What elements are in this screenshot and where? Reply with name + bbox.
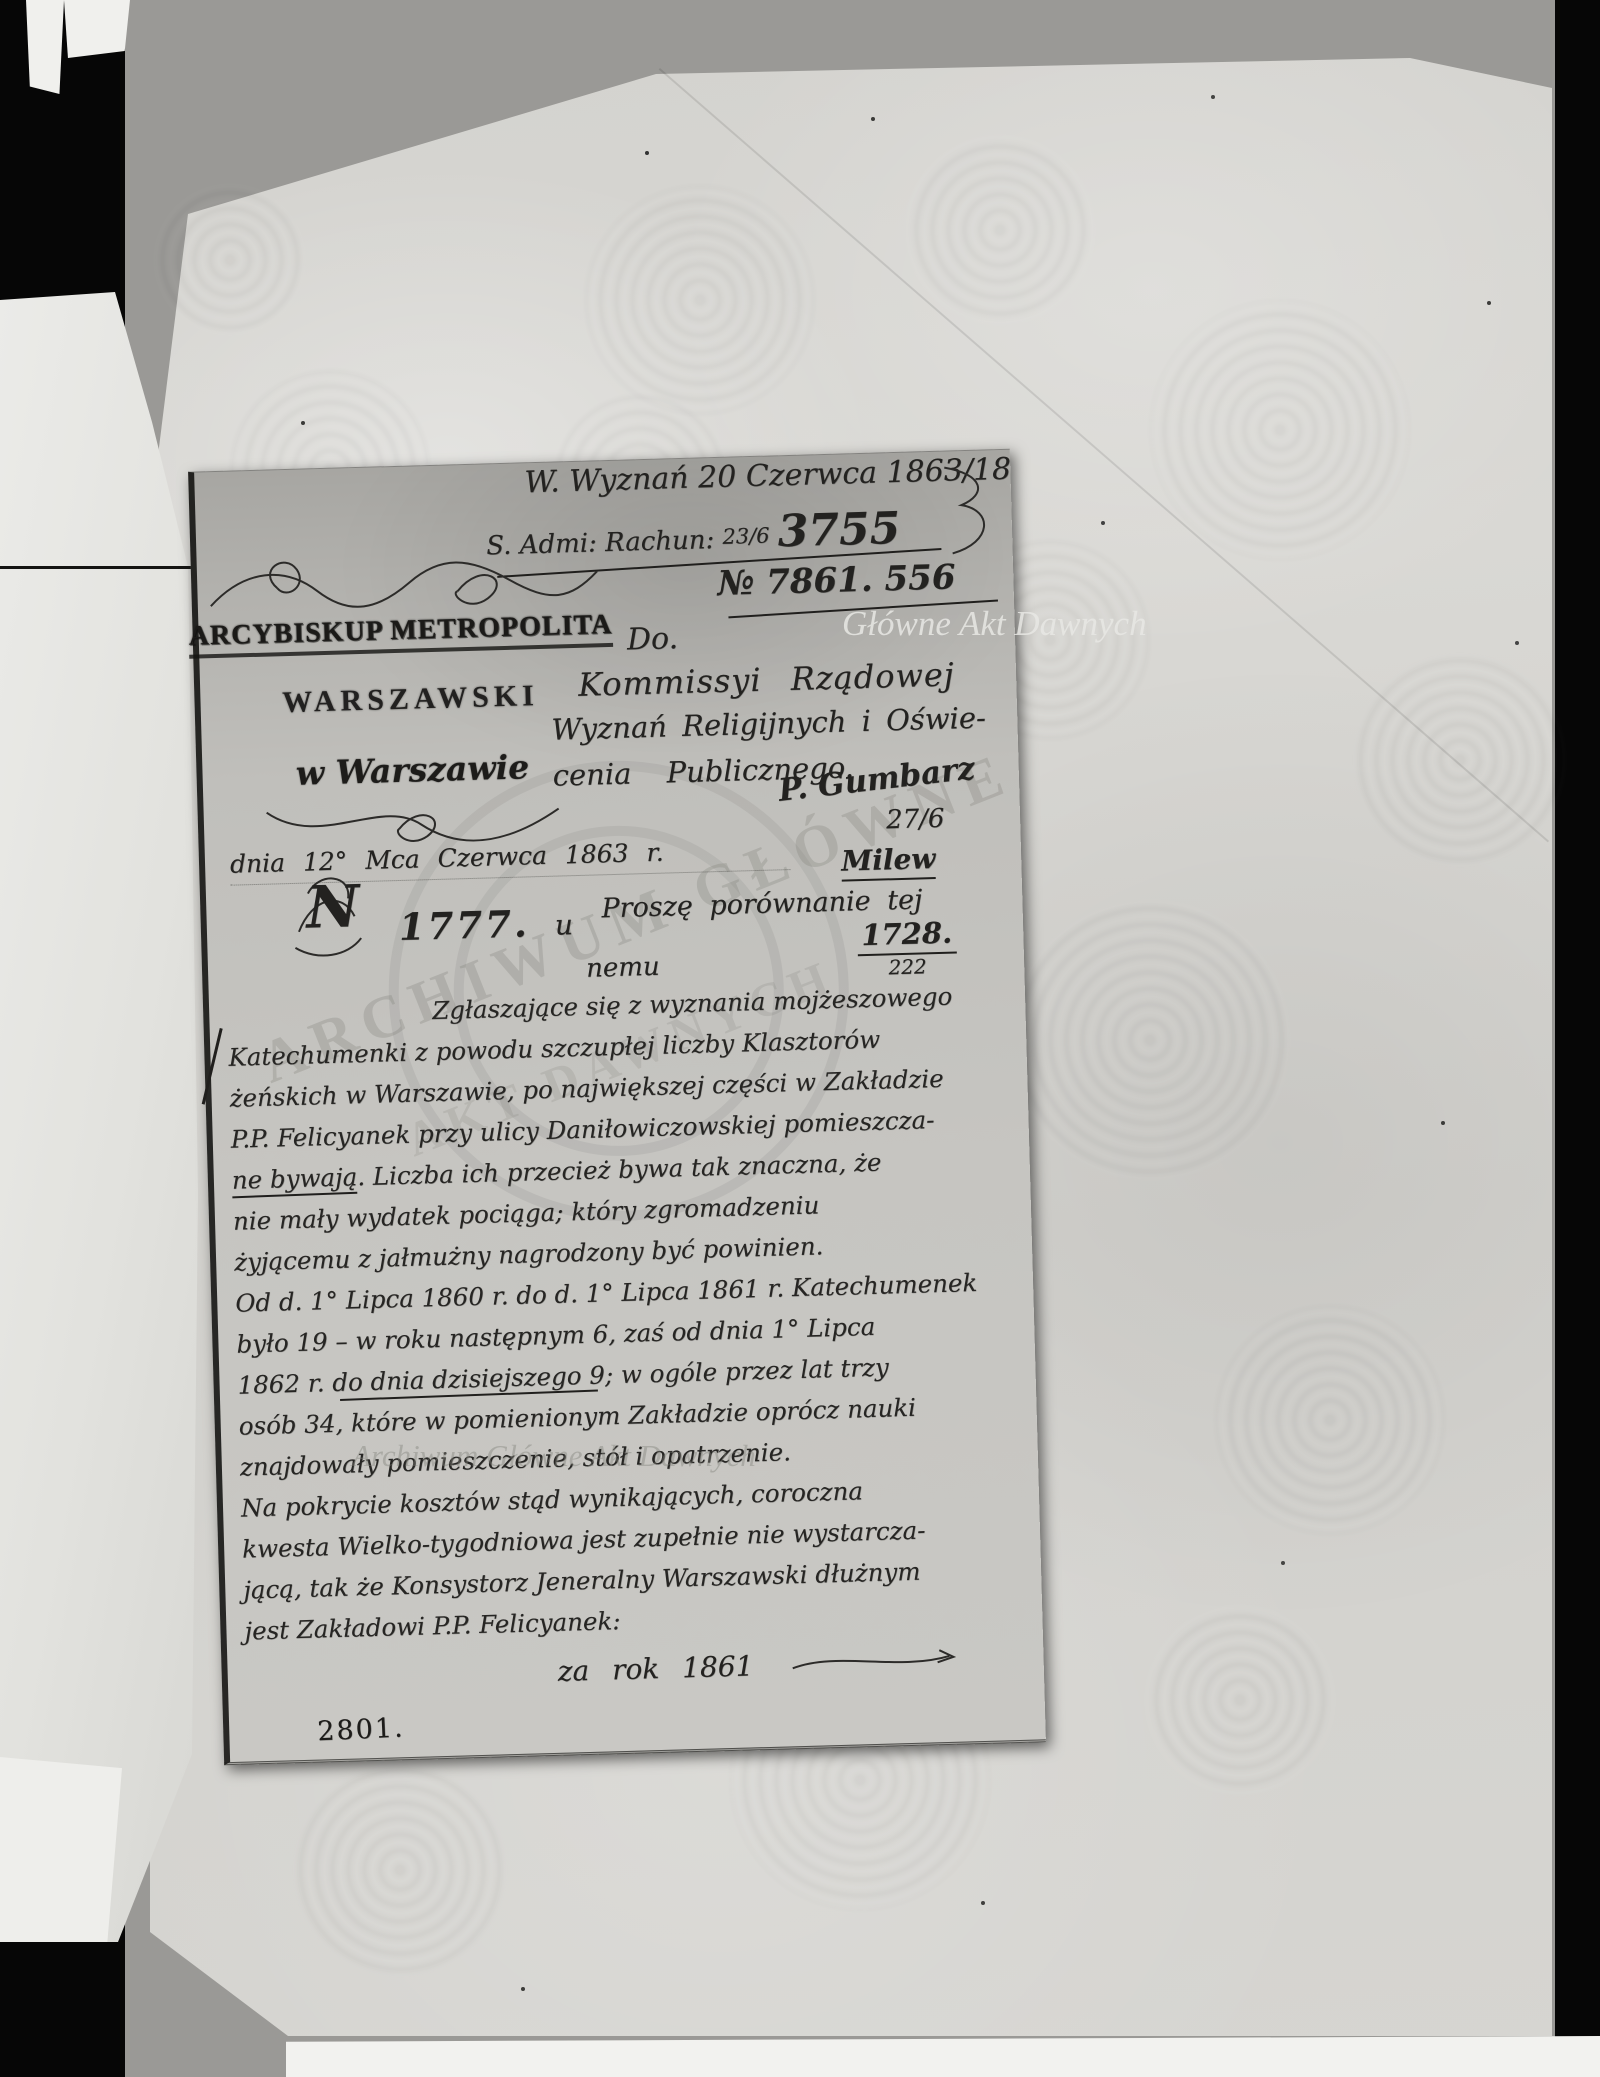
reference-number: 1728. — [857, 915, 957, 956]
paper-texture-ring — [295, 1765, 505, 1975]
second-signature: Milew — [841, 842, 936, 882]
registry-file-number: № 7861. 556 — [717, 557, 956, 604]
bottom-paper-strip — [286, 2036, 1600, 2077]
registry-admin-number: 3755 — [777, 503, 901, 557]
paper-fragment — [64, 0, 130, 58]
archive-overlay-watermark: Archiwum Główne Akt Dawnych — [352, 1438, 756, 1474]
paper-texture-ring — [905, 135, 1095, 325]
page-number: 2801. — [317, 1712, 406, 1747]
marginal-word: nemu — [586, 952, 660, 984]
registry-admin-fraction: 23/6 — [722, 524, 770, 549]
reference-fraction: 1728. 222 — [857, 915, 958, 980]
paper-texture-ring — [1150, 300, 1410, 560]
letterhead-city: w Warszawie — [272, 747, 553, 794]
ink-flourish-brace — [936, 460, 1001, 558]
paper-texture-ring — [585, 185, 815, 415]
paper-texture-ring — [1215, 1305, 1445, 1535]
docket-initial: N — [305, 872, 360, 941]
address-line: Kommissyi Rządowej — [578, 655, 956, 704]
letter-body: Zgłaszające się z wyznania mojżeszowego … — [227, 974, 1023, 1651]
paper-fragment — [0, 1757, 122, 1942]
paper-texture-ring — [1145, 1605, 1335, 1795]
dust-specks — [0, 0, 2, 2]
docket-suffix: u — [554, 908, 573, 941]
address-salutation: Do. — [626, 621, 678, 657]
closing-line: za rok 1861 — [557, 1649, 754, 1687]
margin-tick — [202, 1028, 223, 1105]
paper-texture-ring — [155, 185, 305, 335]
docket-number: 1777. — [398, 901, 530, 949]
archive-overlay-watermark: Główne Akt Dawnych — [842, 604, 1147, 644]
paper-texture-ring — [1010, 900, 1290, 1180]
letterhead-flourish — [205, 547, 607, 618]
paper-texture-ring — [1355, 655, 1565, 865]
document-page: ARCHIWUM GŁÓWNE AKT DAWNYCH W. Wyznań 20… — [188, 449, 1046, 1765]
paper-fragment — [26, 0, 64, 94]
letterhead-city-adj: WARSZAWSKI — [275, 679, 546, 721]
page-edge-crease — [0, 566, 192, 569]
address-line: Wyznań Religijnych i Oświe- — [551, 701, 986, 747]
signature-date: 27/6 — [886, 804, 945, 836]
archival-scan-frame: ARCHIWUM GŁÓWNE AKT DAWNYCH W. Wyznań 20… — [0, 0, 1600, 2077]
closing-flourish-arrow — [787, 1641, 968, 1680]
adjacent-page-edge — [0, 292, 200, 1947]
